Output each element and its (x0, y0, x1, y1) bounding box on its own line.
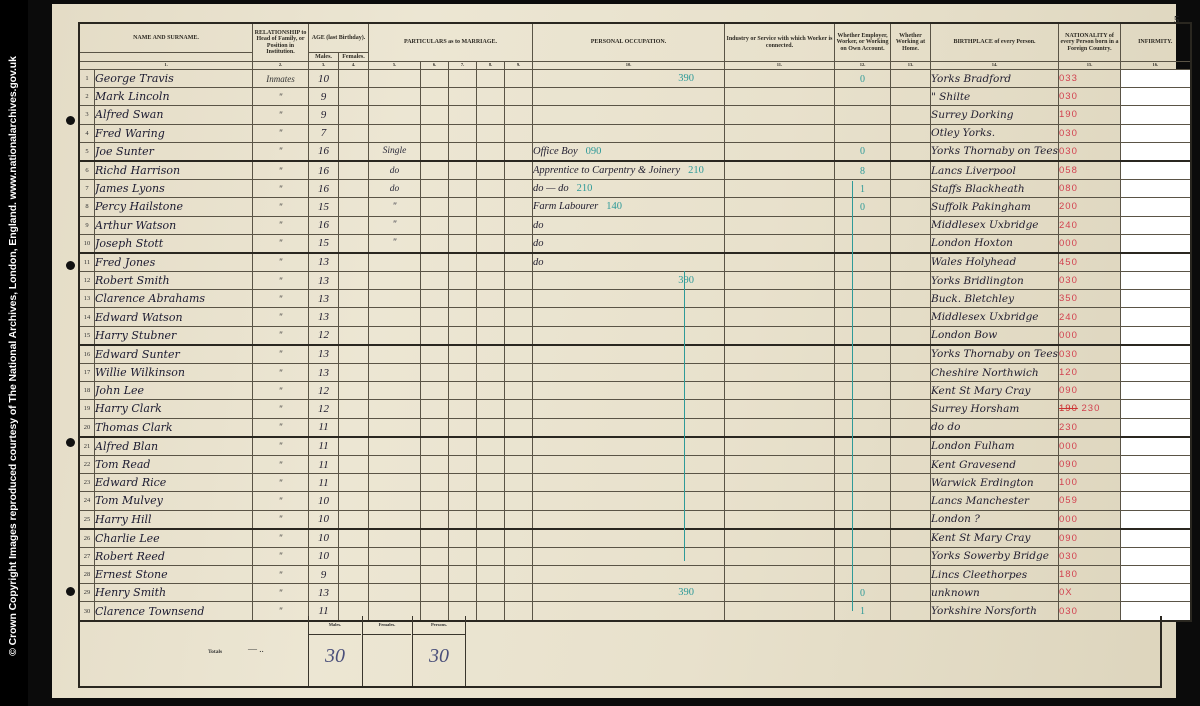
employer-code: 0 (860, 202, 865, 213)
employer-status-cell (835, 88, 891, 106)
relationship-cell: " (253, 474, 309, 492)
age-females-cell (339, 474, 369, 492)
col-num-7: 7. (449, 62, 477, 70)
employer-status-cell (835, 124, 891, 142)
row-number: 3 (79, 106, 95, 124)
nationality-cell: 059 (1059, 492, 1121, 510)
marriage-status-cell (369, 510, 421, 529)
nationality-cell: 200 (1059, 198, 1121, 216)
age-males-cell: 12 (309, 400, 339, 418)
table-row: 6Richd Harrison"16doApprentice to Carpen… (79, 161, 1191, 180)
age-females-cell (339, 180, 369, 198)
nationality-cell: 030 (1059, 272, 1121, 290)
col-num-16: 16. (1121, 62, 1191, 70)
col-num-5: 5. (369, 62, 421, 70)
industry-cell (725, 106, 835, 124)
working-at-home-cell (891, 584, 931, 602)
relationship-cell: " (253, 161, 309, 180)
occupation-cell (533, 474, 725, 492)
marriage-col-8 (477, 510, 505, 529)
header-home: Whether Working at Home. (891, 23, 931, 62)
age-males-cell: 10 (309, 547, 339, 565)
marriage-col-8 (477, 216, 505, 234)
totals-label: Totals (208, 649, 222, 655)
table-row: 19Harry Clark"12Surrey Horsham190 230 (79, 400, 1191, 418)
occupation-cell: 390 (533, 272, 725, 290)
working-at-home-cell (891, 529, 931, 548)
age-females-cell (339, 124, 369, 142)
col-num-6: 6. (421, 62, 449, 70)
marriage-col-9 (505, 198, 533, 216)
occupation-code: 140 (606, 201, 622, 212)
age-males-cell: 12 (309, 382, 339, 400)
marriage-col-9 (505, 474, 533, 492)
age-males-cell: 16 (309, 142, 339, 161)
totals-dash: — .. (248, 644, 264, 654)
infirmity-cell (1121, 124, 1191, 142)
marriage-col-6 (421, 566, 449, 584)
punch-hole-icon (66, 587, 75, 596)
marriage-col-7 (449, 455, 477, 473)
row-number: 20 (79, 418, 95, 437)
marriage-status-cell (369, 308, 421, 326)
col-num-2: 2. (253, 62, 309, 70)
infirmity-cell (1121, 400, 1191, 418)
age-males-cell: 13 (309, 345, 339, 364)
name-cell: Tom Mulvey (95, 492, 253, 510)
table-row: 8Percy Hailstone"15"Farm Labourer1400Suf… (79, 198, 1191, 216)
working-at-home-cell (891, 70, 931, 88)
marriage-col-8 (477, 492, 505, 510)
occupation-cell (533, 290, 725, 308)
marriage-col-9 (505, 510, 533, 529)
totals-persons-box: Persons. 30 (412, 616, 466, 686)
totals-females-box: Females. (362, 616, 411, 686)
marriage-col-7 (449, 492, 477, 510)
table-row: 16Edward Sunter"13Yorks Thornaby on Tees… (79, 345, 1191, 364)
name-cell: Ernest Stone (95, 566, 253, 584)
row-number: 1 (79, 70, 95, 88)
marriage-col-7 (449, 88, 477, 106)
marriage-status-cell: " (369, 216, 421, 234)
marriage-col-7 (449, 161, 477, 180)
nationality-code: 090 (1059, 385, 1078, 396)
row-number: 14 (79, 308, 95, 326)
birthplace-cell: Surrey Dorking (931, 106, 1059, 124)
nationality-cell: 080 (1059, 180, 1121, 198)
birthplace-cell: Middlesex Uxbridge (931, 216, 1059, 234)
table-row: 24Tom Mulvey"10Lancs Manchester059 (79, 492, 1191, 510)
nationality-code: 030 (1059, 146, 1078, 157)
occupation-cell (533, 382, 725, 400)
marriage-col-7 (449, 180, 477, 198)
table-row: 12Robert Smith"13390Yorks Bridlington030 (79, 272, 1191, 290)
employer-code: 0 (860, 74, 865, 85)
infirmity-cell (1121, 345, 1191, 364)
marriage-col-8 (477, 253, 505, 272)
nationality-code: 190 (1059, 109, 1078, 120)
marriage-col-6 (421, 106, 449, 124)
relationship-cell: " (253, 584, 309, 602)
table-row: 3Alfred Swan"9Surrey Dorking190 (79, 106, 1191, 124)
relationship-cell: " (253, 437, 309, 456)
working-at-home-cell (891, 142, 931, 161)
marriage-col-8 (477, 272, 505, 290)
employer-status-cell (835, 510, 891, 529)
marriage-col-9 (505, 400, 533, 418)
name-cell: Clarence Abrahams (95, 290, 253, 308)
age-males-cell: 16 (309, 161, 339, 180)
occupation-cell: Office Boy090 (533, 142, 725, 161)
marriage-status-cell (369, 584, 421, 602)
relationship-cell: " (253, 216, 309, 234)
industry-cell (725, 234, 835, 253)
row-number: 28 (79, 566, 95, 584)
marriage-col-7 (449, 253, 477, 272)
age-females-cell (339, 566, 369, 584)
industry-cell (725, 142, 835, 161)
marriage-col-8 (477, 106, 505, 124)
name-cell: Alfred Blan (95, 437, 253, 456)
age-females-cell (339, 253, 369, 272)
name-cell: Mark Lincoln (95, 88, 253, 106)
table-row: 27Robert Reed"10Yorks Sowerby Bridge030 (79, 547, 1191, 565)
age-females-cell (339, 88, 369, 106)
name-cell: Robert Smith (95, 272, 253, 290)
employer-code: 8 (860, 166, 865, 177)
industry-cell (725, 124, 835, 142)
age-males-cell: 9 (309, 88, 339, 106)
occupation-cell: do — do210 (533, 180, 725, 198)
table-row: 20Thomas Clark"11do do230 (79, 418, 1191, 437)
marriage-col-6 (421, 234, 449, 253)
birthplace-cell: unknown (931, 584, 1059, 602)
row-number: 22 (79, 455, 95, 473)
marriage-col-9 (505, 326, 533, 345)
marriage-col-7 (449, 529, 477, 548)
name-cell: Alfred Swan (95, 106, 253, 124)
industry-cell (725, 198, 835, 216)
copyright-credit-text: © Crown Copyright Images reproduced cour… (7, 6, 19, 706)
marriage-col-7 (449, 106, 477, 124)
infirmity-cell (1121, 437, 1191, 456)
age-females-cell (339, 272, 369, 290)
marriage-col-8 (477, 70, 505, 88)
table-row: 13Clarence Abrahams"13Buck. Bletchley350 (79, 290, 1191, 308)
name-cell: James Lyons (95, 180, 253, 198)
age-females-cell (339, 510, 369, 529)
marriage-col-9 (505, 142, 533, 161)
header-employer: Whether Employer, Worker, or Working on … (835, 23, 891, 62)
age-females-cell (339, 547, 369, 565)
infirmity-cell (1121, 529, 1191, 548)
working-at-home-cell (891, 510, 931, 529)
header-marriage: PARTICULARS as to MARRIAGE. (369, 23, 533, 62)
birthplace-cell: Lincs Cleethorpes (931, 566, 1059, 584)
occupation-text: do (533, 257, 544, 268)
nationality-cell: 030 (1059, 124, 1121, 142)
marriage-col-6 (421, 88, 449, 106)
age-females-cell (339, 308, 369, 326)
totals-persons-value: 30 (413, 645, 465, 668)
nationality-code: 230 (1059, 422, 1078, 433)
working-at-home-cell (891, 326, 931, 345)
age-females-cell (339, 492, 369, 510)
header-age-males: Males. (309, 53, 339, 62)
occupation-cell: do (533, 234, 725, 253)
header-age-females: Females. (339, 53, 369, 62)
employer-status-cell (835, 529, 891, 548)
infirmity-cell (1121, 88, 1191, 106)
row-number: 2 (79, 88, 95, 106)
marriage-status-cell (369, 437, 421, 456)
nationality-cell: 120 (1059, 364, 1121, 382)
marriage-col-7 (449, 308, 477, 326)
table-row: 23Edward Rice"11Warwick Erdington100 (79, 474, 1191, 492)
name-cell: Thomas Clark (95, 418, 253, 437)
name-cell: Harry Stubner (95, 326, 253, 345)
birthplace-cell: Yorks Bridlington (931, 272, 1059, 290)
marriage-col-6 (421, 382, 449, 400)
birthplace-cell: Yorks Bradford (931, 70, 1059, 88)
employer-status-cell (835, 253, 891, 272)
marriage-col-6 (421, 474, 449, 492)
occupation-cell (533, 88, 725, 106)
age-males-cell: 16 (309, 180, 339, 198)
relationship-cell: " (253, 418, 309, 437)
marriage-col-9 (505, 492, 533, 510)
employer-code: 1 (860, 184, 865, 195)
marriage-col-6 (421, 253, 449, 272)
marriage-col-8 (477, 547, 505, 565)
table-row: 10Joseph Stott"15"doLondon Hoxton000 (79, 234, 1191, 253)
marriage-col-8 (477, 326, 505, 345)
occupation-cell (533, 124, 725, 142)
marriage-status-cell (369, 418, 421, 437)
table-row: 17Willie Wilkinson"13Cheshire Northwich1… (79, 364, 1191, 382)
marriage-col-9 (505, 180, 533, 198)
header-name: NAME AND SURNAME. (79, 23, 253, 53)
col-num-4: 4. (339, 62, 369, 70)
occupation-text: do — do (533, 183, 569, 194)
marriage-col-9 (505, 529, 533, 548)
punch-hole-icon (66, 438, 75, 447)
age-males-cell: 11 (309, 455, 339, 473)
birthplace-cell: London Hoxton (931, 234, 1059, 253)
occupation-cell (533, 547, 725, 565)
relationship-cell: " (253, 308, 309, 326)
nationality-cell: 033 (1059, 70, 1121, 88)
infirmity-cell (1121, 510, 1191, 529)
name-cell: Arthur Watson (95, 216, 253, 234)
relationship-cell: " (253, 142, 309, 161)
table-row: 29Henry Smith"133900unknown0X (79, 584, 1191, 602)
marriage-col-7 (449, 418, 477, 437)
column-number-row: 1. 2. 3. 4. 5. 6. 7. 8. 9. 10. 11. 12. 1… (79, 62, 1191, 70)
name-cell: Tom Read (95, 455, 253, 473)
name-cell: Robert Reed (95, 547, 253, 565)
birthplace-cell: Kent Gravesend (931, 455, 1059, 473)
nationality-cell: 100 (1059, 474, 1121, 492)
working-at-home-cell (891, 474, 931, 492)
age-males-cell: 10 (309, 510, 339, 529)
marriage-status-cell: " (369, 234, 421, 253)
working-at-home-cell (891, 180, 931, 198)
working-at-home-cell (891, 308, 931, 326)
working-at-home-cell (891, 566, 931, 584)
row-number: 15 (79, 326, 95, 345)
nationality-code: 450 (1059, 257, 1078, 268)
industry-cell (725, 308, 835, 326)
infirmity-cell (1121, 253, 1191, 272)
marriage-status-cell: Single (369, 142, 421, 161)
occupation-text: Apprentice to Carpentry & Joinery (533, 165, 680, 176)
marriage-status-cell (369, 474, 421, 492)
relationship-cell: " (253, 547, 309, 565)
birthplace-cell: London Bow (931, 326, 1059, 345)
marriage-col-6 (421, 308, 449, 326)
table-row: 9Arthur Watson"16"doMiddlesex Uxbridge24… (79, 216, 1191, 234)
marriage-status-cell (369, 547, 421, 565)
relationship-cell: " (253, 492, 309, 510)
employer-status-cell (835, 234, 891, 253)
nationality-cell: 030 (1059, 142, 1121, 161)
nationality-code: 230 (1082, 403, 1101, 414)
age-males-cell: 13 (309, 272, 339, 290)
industry-cell (725, 70, 835, 88)
marriage-col-9 (505, 161, 533, 180)
age-males-cell: 10 (309, 492, 339, 510)
row-number: 23 (79, 474, 95, 492)
marriage-col-8 (477, 529, 505, 548)
nationality-code: 240 (1059, 312, 1078, 323)
industry-cell (725, 400, 835, 418)
nationality-code: 090 (1059, 459, 1078, 470)
marriage-col-7 (449, 364, 477, 382)
marriage-col-9 (505, 437, 533, 456)
employer-code: 0 (860, 146, 865, 157)
coding-tick-line (684, 271, 685, 561)
row-number: 16 (79, 345, 95, 364)
marriage-status-cell (369, 106, 421, 124)
age-males-cell: 11 (309, 418, 339, 437)
industry-cell (725, 180, 835, 198)
age-females-cell (339, 216, 369, 234)
birthplace-cell: Lancs Liverpool (931, 161, 1059, 180)
relationship-cell: " (253, 253, 309, 272)
marriage-col-6 (421, 455, 449, 473)
occupation-cell (533, 492, 725, 510)
birthplace-cell: Yorks Sowerby Bridge (931, 547, 1059, 565)
marriage-col-7 (449, 566, 477, 584)
birthplace-cell: do do (931, 418, 1059, 437)
nationality-cell: 190 (1059, 106, 1121, 124)
age-males-cell: 9 (309, 566, 339, 584)
working-at-home-cell (891, 272, 931, 290)
table-row: 18John Lee"12Kent St Mary Cray090 (79, 382, 1191, 400)
nationality-cell: 058 (1059, 161, 1121, 180)
marriage-status-cell (369, 124, 421, 142)
nationality-code: 0X (1059, 587, 1073, 598)
col-num-9: 9. (505, 62, 533, 70)
industry-cell (725, 326, 835, 345)
marriage-col-6 (421, 400, 449, 418)
relationship-cell: " (253, 326, 309, 345)
nationality-cell: 180 (1059, 566, 1121, 584)
infirmity-cell (1121, 364, 1191, 382)
nationality-cell: 090 (1059, 529, 1121, 548)
occupation-text: do (533, 220, 544, 231)
totals-females-label: Females. (363, 616, 411, 635)
nationality-code: 059 (1059, 495, 1078, 506)
marriage-col-8 (477, 234, 505, 253)
nationality-cell: 090 (1059, 382, 1121, 400)
nationality-struck-code: 190 (1059, 403, 1078, 414)
row-number: 18 (79, 382, 95, 400)
age-males-cell: 13 (309, 364, 339, 382)
marriage-col-6 (421, 547, 449, 565)
marriage-col-8 (477, 418, 505, 437)
nationality-code: 100 (1059, 477, 1078, 488)
nationality-code: 000 (1059, 330, 1078, 341)
marriage-col-6 (421, 290, 449, 308)
working-at-home-cell (891, 418, 931, 437)
marriage-col-7 (449, 326, 477, 345)
working-at-home-cell (891, 400, 931, 418)
table-row: 22Tom Read"11Kent Gravesend090 (79, 455, 1191, 473)
birthplace-cell: London ? (931, 510, 1059, 529)
marriage-col-6 (421, 326, 449, 345)
marriage-col-9 (505, 547, 533, 565)
infirmity-cell (1121, 492, 1191, 510)
marriage-col-7 (449, 198, 477, 216)
marriage-col-9 (505, 272, 533, 290)
row-number: 6 (79, 161, 95, 180)
copyright-credit-strip: © Crown Copyright Images reproduced cour… (0, 0, 28, 706)
marriage-col-6 (421, 272, 449, 290)
industry-cell (725, 492, 835, 510)
nationality-cell: 450 (1059, 253, 1121, 272)
industry-cell (725, 382, 835, 400)
relationship-cell: Inmates (253, 70, 309, 88)
marriage-col-6 (421, 161, 449, 180)
birthplace-cell: Middlesex Uxbridge (931, 308, 1059, 326)
marriage-col-8 (477, 161, 505, 180)
working-at-home-cell (891, 88, 931, 106)
relationship-cell: " (253, 400, 309, 418)
totals-males-box: Males. 30 (308, 616, 361, 686)
age-females-cell (339, 106, 369, 124)
col-num-11: 11. (725, 62, 835, 70)
marriage-status-cell (369, 290, 421, 308)
relationship-cell: " (253, 364, 309, 382)
occupation-cell: Farm Labourer140 (533, 198, 725, 216)
age-males-cell: 7 (309, 124, 339, 142)
row-number: 13 (79, 290, 95, 308)
age-females-cell (339, 382, 369, 400)
infirmity-cell (1121, 455, 1191, 473)
row-number: 26 (79, 529, 95, 548)
employer-status-cell (835, 290, 891, 308)
row-number: 9 (79, 216, 95, 234)
nationality-cell: 090 (1059, 455, 1121, 473)
nationality-code: 200 (1059, 201, 1078, 212)
table-row: 26Charlie Lee"10Kent St Mary Cray090 (79, 529, 1191, 548)
employer-status-cell: 0 (835, 198, 891, 216)
age-males-cell: 13 (309, 308, 339, 326)
occupation-code: 390 (678, 73, 694, 84)
industry-cell (725, 529, 835, 548)
